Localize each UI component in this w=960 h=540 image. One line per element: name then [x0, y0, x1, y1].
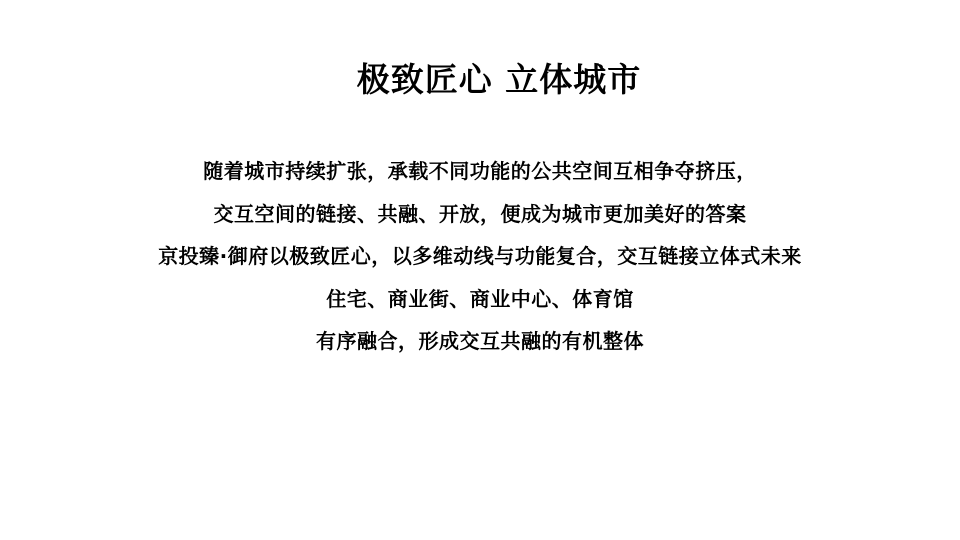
- body-line-1: 随着城市持续扩张，承载不同功能的公共空间互相争夺挤压，: [0, 150, 960, 193]
- body-line-3: 京投臻·御府以极致匠心，以多维动线与功能复合，交互链接立体式未来: [0, 235, 960, 278]
- body-line-4: 住宅、商业街、商业中心、体育馆: [0, 278, 960, 321]
- slide-title: 极致匠心 立体城市: [0, 58, 960, 102]
- body-line-5: 有序融合，形成交互共融的有机整体: [0, 320, 960, 363]
- slide-body: 随着城市持续扩张，承载不同功能的公共空间互相争夺挤压， 交互空间的链接、共融、开…: [0, 150, 960, 363]
- body-line-2: 交互空间的链接、共融、开放，便成为城市更加美好的答案: [0, 193, 960, 236]
- slide: 极致匠心 立体城市 随着城市持续扩张，承载不同功能的公共空间互相争夺挤压， 交互…: [0, 0, 960, 540]
